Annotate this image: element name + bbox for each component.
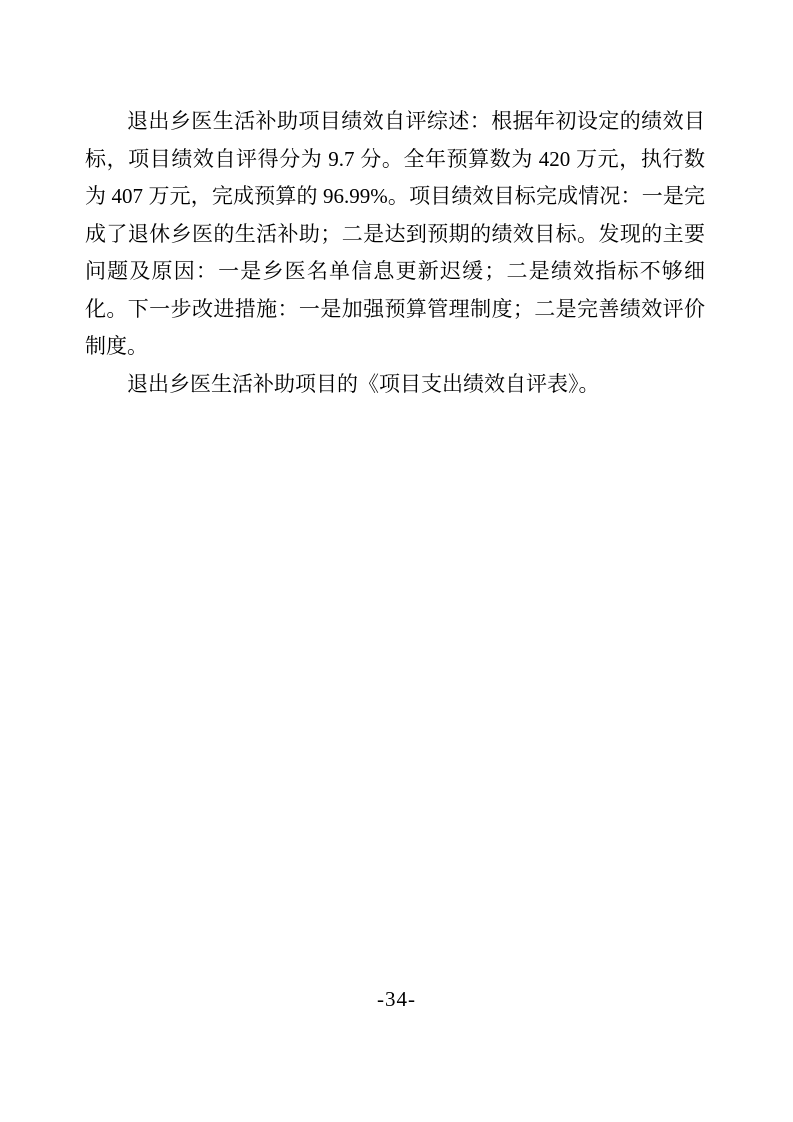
document-page: 退出乡医生活补助项目绩效自评综述：根据年初设定的绩效目标，项目绩效自评得分为 9… bbox=[0, 0, 793, 1122]
paragraph-self-evaluation-table-reference: 退出乡医生活补助项目的《项目支出绩效自评表》。 bbox=[85, 366, 705, 404]
paragraph-performance-self-evaluation-summary: 退出乡医生活补助项目绩效自评综述：根据年初设定的绩效目标，项目绩效自评得分为 9… bbox=[85, 103, 705, 366]
page-number: -34- bbox=[0, 986, 793, 1012]
document-body: 退出乡医生活补助项目绩效自评综述：根据年初设定的绩效目标，项目绩效自评得分为 9… bbox=[85, 103, 705, 403]
